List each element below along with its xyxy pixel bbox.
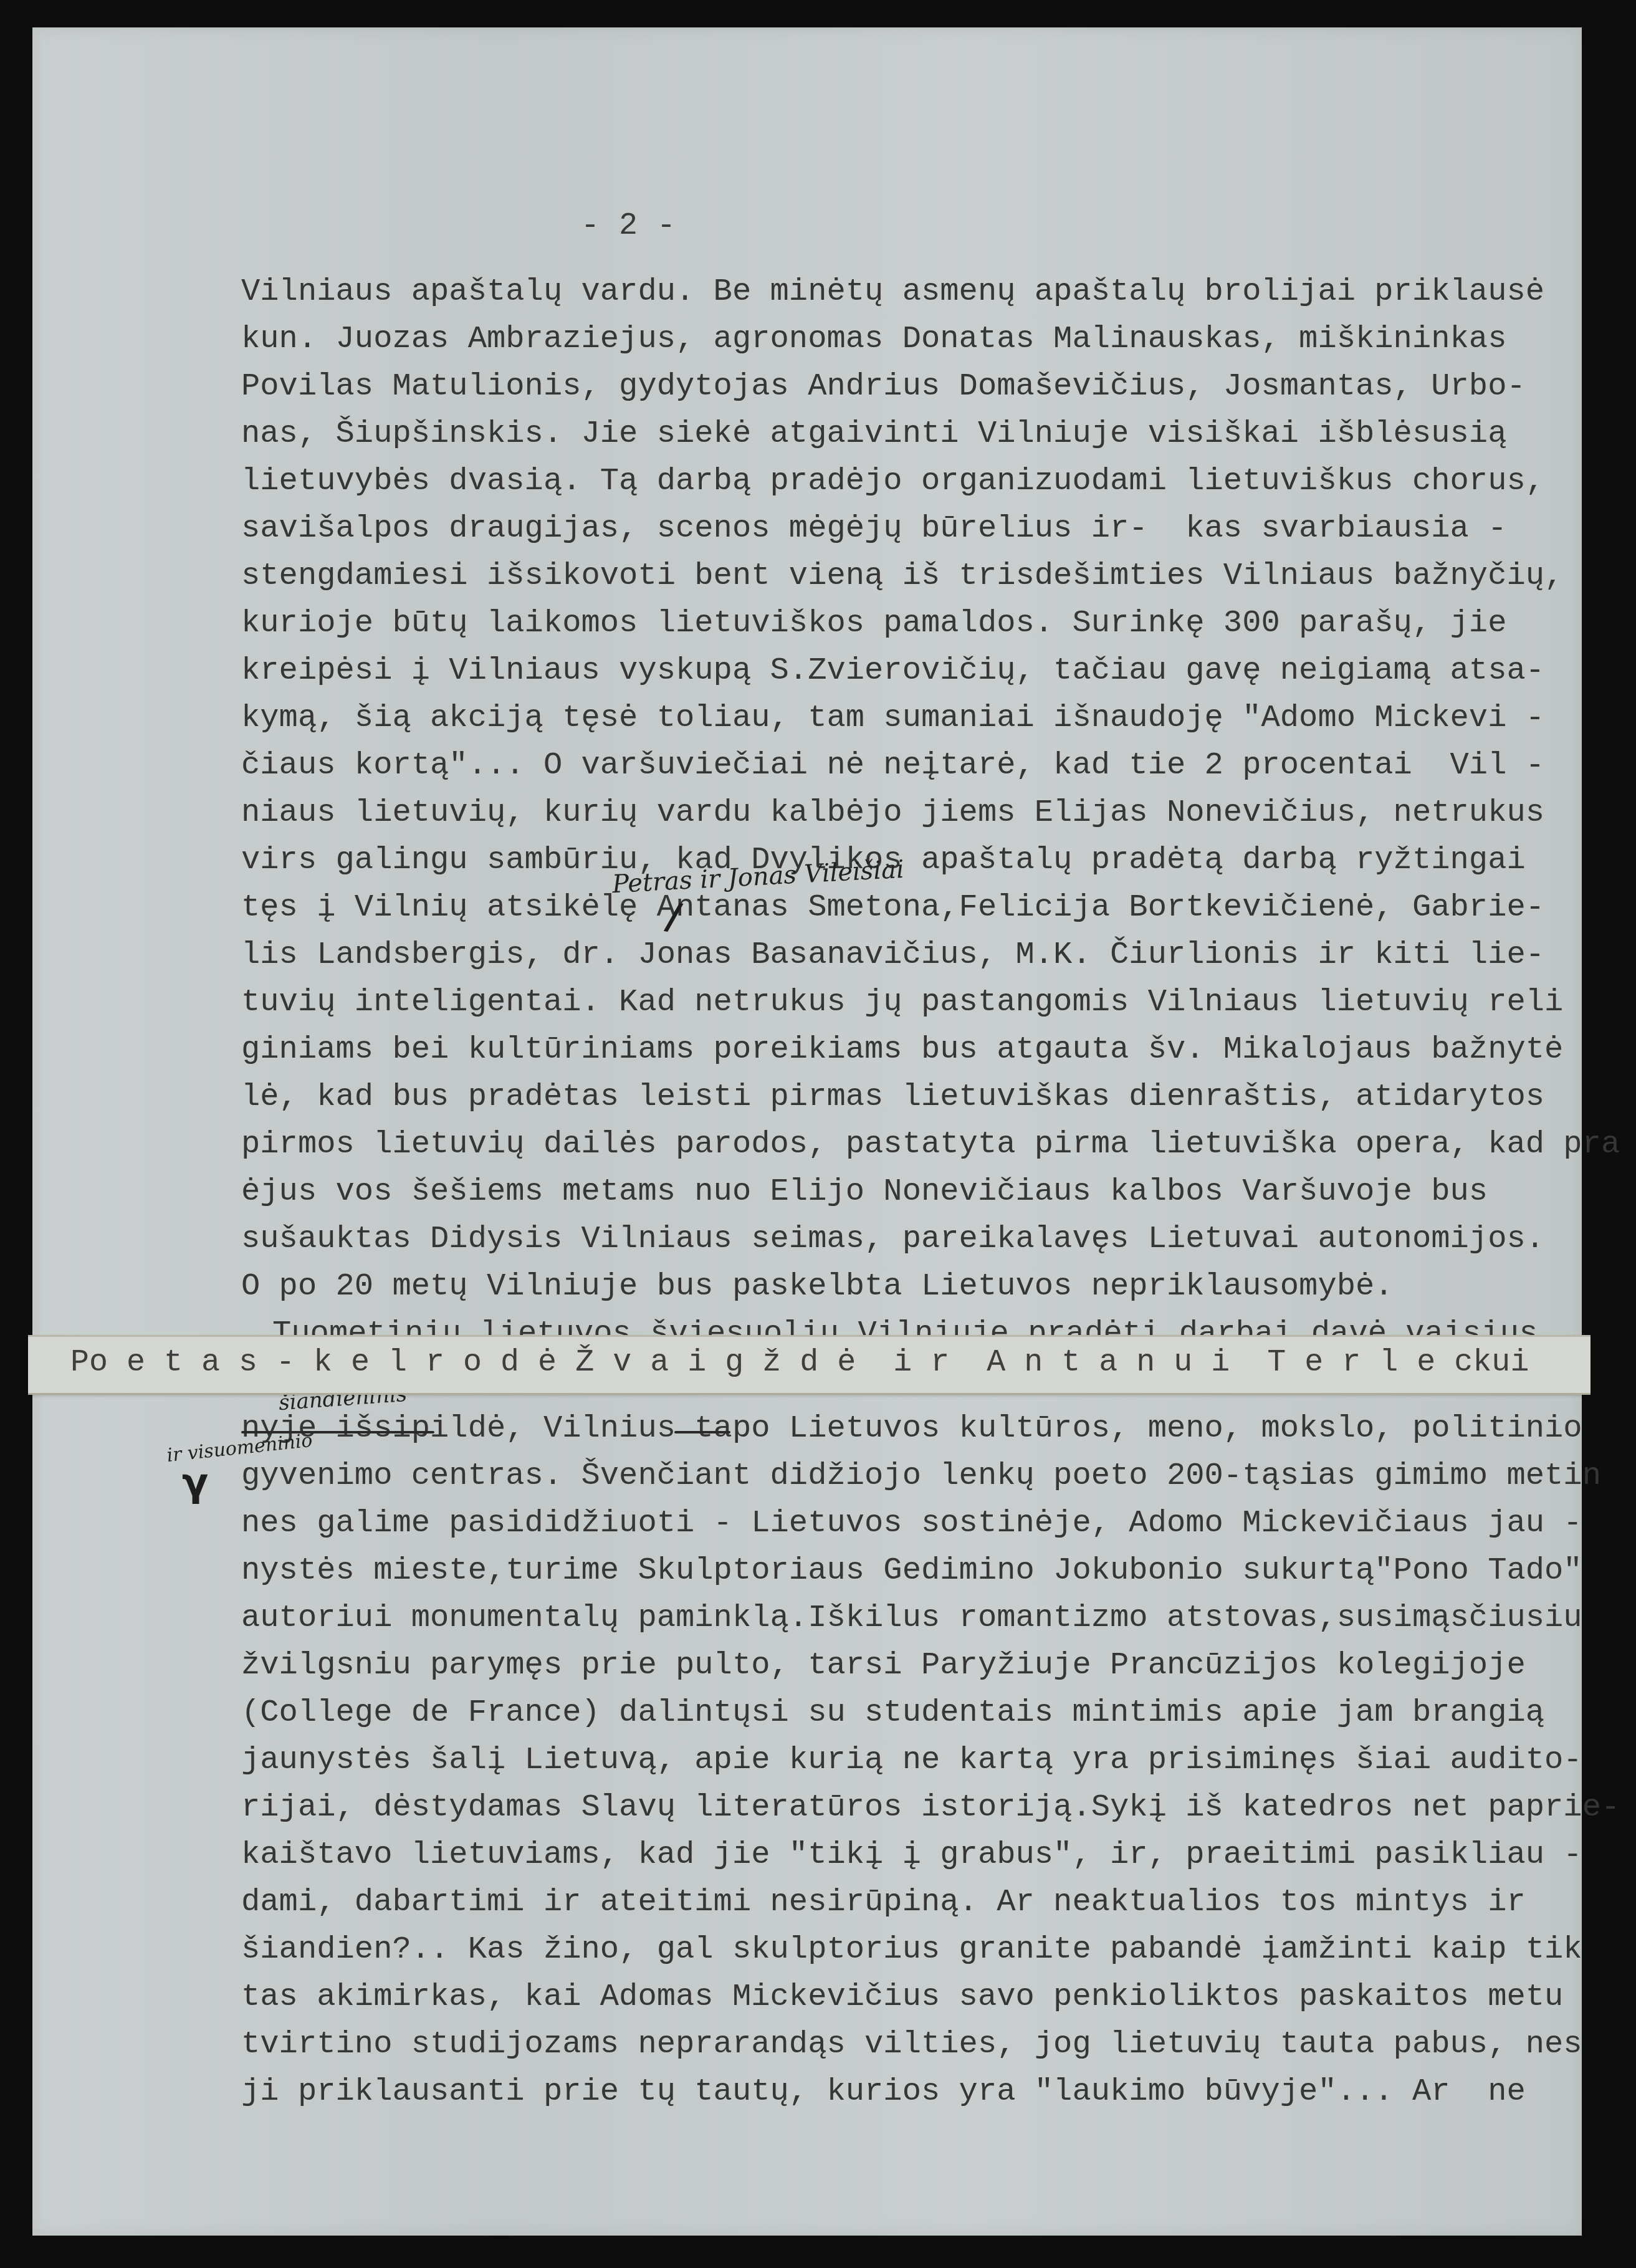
text-line: kun. Juozas Ambraziejus, agronomas Donat… bbox=[241, 321, 1506, 358]
text-line: nas, Šiupšinskis. Jie siekė atgaivinti V… bbox=[241, 416, 1506, 453]
text-line: tęs į Vilnių atsikėlę Antanas Smetona,Fe… bbox=[241, 889, 1544, 927]
text-line: čiaus kortą"... O varšuviečiai nė neįtar… bbox=[241, 747, 1544, 785]
strikethrough-mark bbox=[241, 1431, 434, 1433]
text-line: tuvių inteligentai. Kad netrukus jų past… bbox=[241, 984, 1563, 1022]
text-line: Vilniaus apaštalų vardu. Be minėtų asmen… bbox=[241, 274, 1544, 311]
text-line: žvilgsniu parymęs prie pulto, tarsi Pary… bbox=[241, 1647, 1526, 1685]
text-line: savišalpos draugijas, scenos mėgėjų būre… bbox=[241, 510, 1506, 548]
text-line: šiandien?.. Kas žino, gal skulptorius gr… bbox=[241, 1931, 1582, 1969]
article-title: Po e t a s - k e l r o d ė Ž v a i g ž d… bbox=[70, 1344, 1529, 1382]
text-line: giniams bei kultūriniams poreikiams bus … bbox=[241, 1031, 1563, 1069]
text-line: kymą, šią akciją tęsė toliau, tam sumani… bbox=[241, 700, 1544, 737]
text-line: kaištavo lietuviams, kad jie "tikį į gra… bbox=[241, 1837, 1582, 1874]
insert-caret-icon: γ bbox=[182, 1460, 208, 1505]
text-line: dami, dabartimi ir ateitimi nesirūpiną. … bbox=[241, 1884, 1526, 1921]
text-line: rijai, dėstydamas Slavų literatūros isto… bbox=[241, 1789, 1620, 1827]
text-line: kreipėsi į Vilniaus vyskupą S.Zvieroviči… bbox=[241, 653, 1544, 690]
text-line: lietuvybės dvasią. Tą darbą pradėjo orga… bbox=[241, 463, 1544, 500]
text-line: tvirtino studijozams neprarandąs vilties… bbox=[241, 2026, 1582, 2064]
text-line: pirmos lietuvių dailės parodos, pastatyt… bbox=[241, 1126, 1620, 1164]
text-line: niaus lietuvių, kurių vardu kalbėjo jiem… bbox=[241, 795, 1544, 832]
text-line: O po 20 metų Vilniuje bus paskelbta Liet… bbox=[241, 1268, 1394, 1306]
text-line: Povilas Matulionis, gydytojas Andrius Do… bbox=[241, 368, 1526, 406]
text-line: gyvenimo centras. Švenčiant didžiojo len… bbox=[241, 1458, 1601, 1495]
strikethrough-mark bbox=[674, 1431, 730, 1433]
text-line: nystės mieste,turime Skulptoriaus Gedimi… bbox=[241, 1553, 1582, 1590]
text-line: lė, kad bus pradėtas leisti pirmas lietu… bbox=[241, 1079, 1544, 1116]
text-line: ji priklausanti prie tų tautų, kurios yr… bbox=[241, 2074, 1526, 2111]
text-line: sušauktas Didysis Vilniaus seimas, parei… bbox=[241, 1221, 1544, 1258]
text-line: nyje išsipildė, Vilnius tapo Lietuvos ku… bbox=[241, 1410, 1582, 1448]
page-number: - 2 - bbox=[581, 208, 676, 244]
text-line: nes galime pasididžiuoti - Lietuvos sost… bbox=[241, 1505, 1582, 1543]
text-line: jaunystės šalį Lietuvą, apie kurią ne ka… bbox=[241, 1742, 1582, 1779]
pasted-title-strip: Po e t a s - k e l r o d ė Ž v a i g ž d… bbox=[28, 1335, 1591, 1395]
document-page: - 2 - Vilniaus apaštalų vardu. Be minėtų… bbox=[32, 27, 1582, 2236]
text-line: lis Landsbergis, dr. Jonas Basanavičius,… bbox=[241, 937, 1544, 974]
text-line: ėjus vos šešiems metams nuo Elijo Nonevi… bbox=[241, 1174, 1488, 1211]
text-line: tas akimirkas, kai Adomas Mickevičius sa… bbox=[241, 1979, 1563, 2016]
text-line: autoriui monumentalų paminklą.Iškilus ro… bbox=[241, 1600, 1582, 1637]
text-line: (College de France) dalintųsi su student… bbox=[241, 1695, 1544, 1732]
text-line: kurioje būtų laikomos lietuviškos pamald… bbox=[241, 605, 1506, 643]
text-line: stengdamiesi išsikovoti bent vieną iš tr… bbox=[241, 558, 1563, 595]
